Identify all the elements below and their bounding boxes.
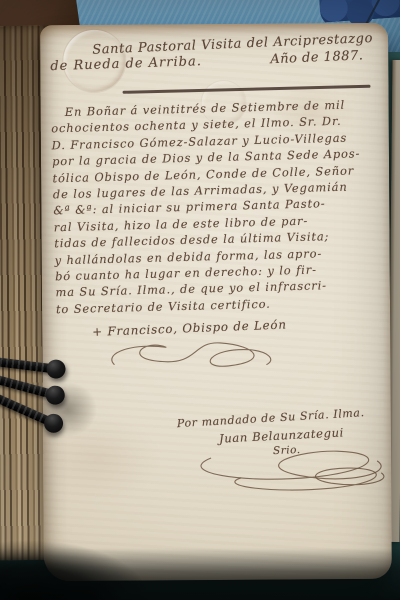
- clerk-rubric-flourish-icon: [181, 421, 392, 501]
- photo-of-manuscript: Santa Pastoral Visita del Arciprestazgo …: [0, 0, 400, 600]
- bishop-rubric-flourish-icon: [100, 333, 290, 376]
- body-text: En Boñar á veintitrés de Setiembre de mi…: [51, 96, 390, 318]
- header-year: Año de 1887.: [270, 48, 364, 67]
- manuscript-page: Santa Pastoral Visita del Arciprestazgo …: [40, 23, 392, 581]
- book-cast-shadow: [0, 548, 400, 600]
- header-underline: [123, 85, 371, 94]
